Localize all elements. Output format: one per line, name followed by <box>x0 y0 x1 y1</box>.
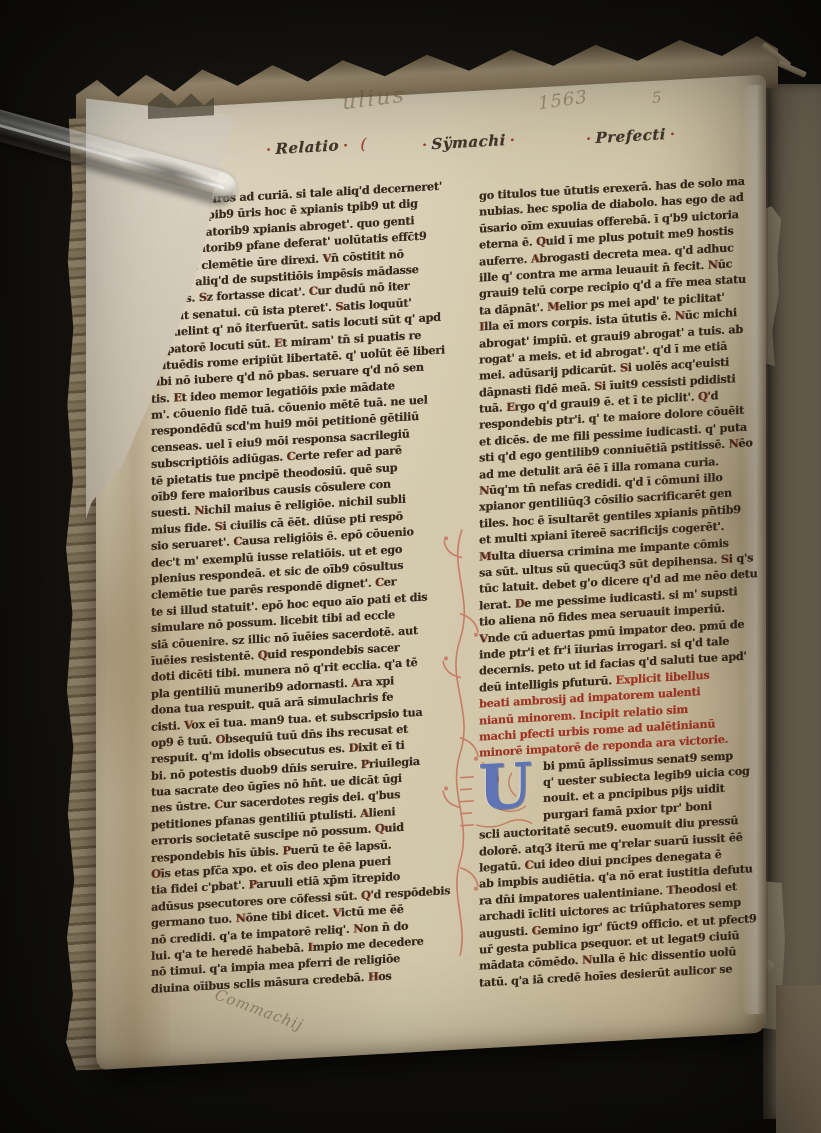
faded-number: 1563 <box>537 86 588 114</box>
red-dot: · <box>510 133 515 149</box>
red-dot: · <box>266 142 271 158</box>
initial-letter: U <box>478 748 532 827</box>
text-column-right: go titulos tue ūtutis erexerā. has de so… <box>479 172 755 991</box>
manuscript-photo: ·Relatio·( ·Sÿmachi· ·Prefecti· ulius 15… <box>0 0 821 1133</box>
running-head-prefecti: ·Prefecti· <box>582 124 679 147</box>
illuminated-initial: U <box>472 751 536 831</box>
red-dot: · <box>422 137 427 153</box>
facing-leaf-bottom <box>776 985 821 1133</box>
text-column-left: se cōuenturos ad curiā. si tale aliq'd d… <box>151 177 459 997</box>
faded-number-small: 5 <box>651 88 662 107</box>
bottom-annotation: Commachij <box>212 985 306 1034</box>
red-dot: · <box>670 127 675 143</box>
sewing-cord <box>777 60 807 78</box>
penwork-flourish <box>440 527 480 959</box>
running-head-relatio: ·Relatio·( <box>262 135 367 159</box>
paraph-mark: ( <box>360 135 366 153</box>
running-head-symachi: ·Sÿmachi· <box>418 130 519 154</box>
manuscript-page: ·Relatio·( ·Sÿmachi· ·Prefecti· ulius 15… <box>96 75 766 1070</box>
red-dot: · <box>586 131 591 147</box>
red-dot: · <box>343 138 348 154</box>
